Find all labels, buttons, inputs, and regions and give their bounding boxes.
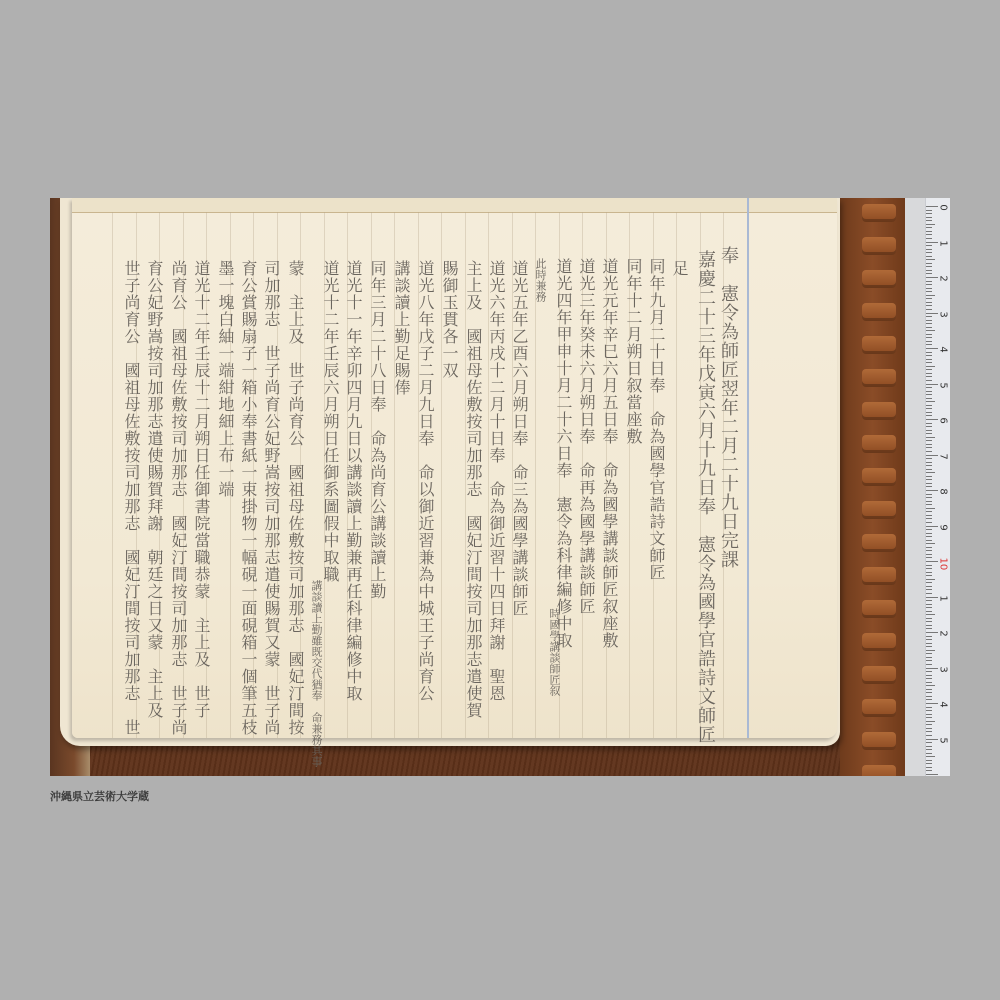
- leather-lace: [862, 534, 896, 552]
- ruler-number: 8: [938, 487, 949, 497]
- ruler-tick: [926, 486, 932, 487]
- ruler-number: 2: [938, 629, 949, 639]
- ruler-tick: [926, 266, 932, 267]
- ruler-tick: [926, 387, 932, 388]
- ruler-number: 1: [938, 594, 949, 604]
- ruler-number: 4: [938, 700, 949, 710]
- ruler-tick: [926, 352, 932, 353]
- ruler-number: 1: [938, 239, 949, 249]
- ruler-tick: [926, 398, 932, 399]
- ruler-tick: [926, 639, 932, 640]
- ruler-tick: [926, 646, 932, 647]
- ruler-tick: [926, 600, 932, 601]
- ruler-tick: [926, 526, 938, 527]
- column-rule-line: [676, 212, 677, 738]
- ruler-tick: [926, 455, 938, 456]
- ruler-tick: [926, 565, 932, 566]
- ruler-tick: [926, 447, 932, 448]
- ruler-tick: [926, 291, 932, 292]
- text-column: 蒙 主上及 世子尚育公 國祖母佐敷按司加那志 國妃汀間按: [284, 260, 307, 736]
- ruler-tick: [926, 366, 935, 367]
- text-column: 世子尚育公 國祖母佐敷按司加那志 國妃汀間按司加那志 世: [120, 260, 143, 736]
- ruler-tick: [926, 462, 932, 463]
- text-column: 育公妃野嵩按司加那志遣使賜賀拜謝 朝廷之日又蒙 主上及: [143, 260, 166, 719]
- ruler-tick: [926, 668, 938, 669]
- ruler-tick: [926, 774, 938, 775]
- ruler-tick: [926, 458, 932, 459]
- ruler-tick: [926, 245, 932, 246]
- ruler-tick: [926, 714, 932, 715]
- text-column: 道光元年辛巳六月五日奉 命為國學講談師匠叙座敷: [598, 258, 621, 649]
- leather-lace: [862, 435, 896, 453]
- ruler-tick: [926, 323, 932, 324]
- ruler-number: 7: [938, 452, 949, 462]
- ruler-tick: [926, 497, 932, 498]
- ruler-number: 3: [938, 665, 949, 675]
- ruler-tick: [926, 568, 932, 569]
- ruler-tick: [926, 465, 932, 466]
- ruler-tick: [926, 295, 935, 296]
- ruler-tick: [926, 710, 932, 711]
- ruler-tick: [926, 376, 932, 377]
- ruler-tick: [926, 614, 935, 615]
- text-column: 道光四年甲申十月二十六日奉 憲令為科律編修中取: [552, 258, 575, 649]
- ruler-tick: [926, 707, 932, 708]
- ruler-tick: [926, 518, 932, 519]
- ruler-tick: [926, 597, 938, 598]
- text-column: 同年九月二十日奉 命為國學官誥詩文師匠: [645, 258, 668, 581]
- ruler-tick: [926, 213, 932, 214]
- ruler-tick: [926, 451, 932, 452]
- ruler-tick: [926, 731, 932, 732]
- ruler-tick: [926, 692, 932, 693]
- ruler-tick: [926, 281, 932, 282]
- ruler-tick: [926, 621, 932, 622]
- text-column: 墨一塊白紬一端紺地細上布一端: [214, 260, 237, 498]
- text-column: 司加那志 世子尚育公妃野嵩按司加那志遣使賜賀又蒙 世子尚: [260, 260, 283, 736]
- ruler-tick: [926, 749, 932, 750]
- ruler-tick: [926, 589, 932, 590]
- ruler-tick: [926, 728, 932, 729]
- ruler-tick: [926, 263, 932, 264]
- ruler-tick: [926, 369, 932, 370]
- ruler-tick: [926, 582, 932, 583]
- ruler-tick: [926, 586, 932, 587]
- ruler-tick: [926, 472, 935, 473]
- ruler-tick: [926, 238, 932, 239]
- page-top-fold: [72, 198, 837, 213]
- ruler-tick: [926, 313, 938, 314]
- leather-lace: [862, 468, 896, 486]
- ruler-tick: [926, 384, 938, 385]
- leather-lace: [862, 600, 896, 618]
- ruler-tick: [926, 309, 932, 310]
- ruler-tick: [926, 717, 932, 718]
- ruler-tick: [926, 401, 935, 402]
- ruler-tick: [926, 444, 932, 445]
- leather-lace: [862, 303, 896, 321]
- ruler-tick: [926, 618, 932, 619]
- ruler-tick: [926, 579, 935, 580]
- ruler-tick: [926, 217, 932, 218]
- text-column: 賜御玉貫各一双: [438, 260, 461, 379]
- ruler-tick: [926, 767, 932, 768]
- ruler-tick: [926, 501, 932, 502]
- ruler-tick: [926, 522, 932, 523]
- ruler-tick: [926, 628, 932, 629]
- ruler-backdrop: [905, 198, 925, 776]
- ruler-tick: [926, 302, 932, 303]
- ruler-tick: [926, 650, 935, 651]
- ruler-tick: [926, 433, 932, 434]
- ruler-tick: [926, 419, 938, 420]
- ruler-number: 4: [938, 345, 949, 355]
- ruler-tick: [926, 330, 935, 331]
- text-column: 尚育公 國祖母佐敷按司加那志 國妃汀間按司加那志 世子尚: [167, 260, 190, 736]
- ruler-tick: [926, 721, 935, 722]
- ruler-tick: [926, 653, 932, 654]
- ruler-tick: [926, 206, 938, 207]
- ruler-tick: [926, 685, 935, 686]
- ruler-tick: [926, 252, 932, 253]
- ruler-tick: [926, 334, 932, 335]
- leather-lace: [862, 567, 896, 585]
- ruler-tick: [926, 746, 932, 747]
- ruler-tick: [926, 316, 932, 317]
- ruler-tick: [926, 479, 932, 480]
- ruler-tick: [926, 405, 932, 406]
- text-column-annotation: 講談讀上勤雖既交代猶奉 命兼務其事: [308, 580, 324, 767]
- leather-lace: [862, 633, 896, 651]
- ruler-number: 5: [938, 381, 949, 391]
- ruler-tick: [926, 533, 932, 534]
- ruler-tick: [926, 689, 932, 690]
- ruler-tick: [926, 554, 932, 555]
- ruler-tick: [926, 511, 932, 512]
- ruler-tick: [926, 529, 932, 530]
- ruler-tick: [926, 344, 932, 345]
- ruler-tick: [926, 678, 932, 679]
- ruler-tick: [926, 476, 932, 477]
- ruler-tick: [926, 561, 938, 562]
- ruler-tick: [926, 227, 932, 228]
- ruler-tick: [926, 426, 932, 427]
- ruler-number: 2: [938, 274, 949, 284]
- ruler-number: 9: [938, 523, 949, 533]
- ruler-tick: [926, 341, 932, 342]
- ruler-tick: [926, 380, 932, 381]
- ruler-tick: [926, 337, 932, 338]
- ruler-tick: [926, 320, 932, 321]
- leather-lace: [862, 270, 896, 288]
- text-column: 同年十二月朔日叙當座敷: [622, 258, 645, 445]
- ruler-tick: [926, 671, 932, 672]
- ruler-tick: [926, 607, 932, 608]
- ruler-tick: [926, 760, 932, 761]
- ruler-tick: [926, 739, 938, 740]
- ruler-tick: [926, 394, 932, 395]
- ruler-tick: [926, 664, 932, 665]
- ruler-tick: [926, 412, 932, 413]
- leather-lace: [862, 732, 896, 750]
- ruler-tick: [926, 696, 932, 697]
- margin-rule: [747, 198, 749, 738]
- manuscript-photo: 01234567891012345 奉 憲令為師匠翌年二月二十九日完課 嘉慶二十…: [50, 198, 950, 776]
- ruler-tick: [926, 515, 932, 516]
- ruler-tick: [926, 735, 932, 736]
- ruler-tick: [926, 604, 932, 605]
- ruler-tick: [926, 362, 932, 363]
- ruler-tick: [926, 636, 932, 637]
- ruler-tick: [926, 625, 932, 626]
- ruler-tick: [926, 259, 935, 260]
- ruler-tick: [926, 632, 938, 633]
- ruler-tick: [926, 756, 935, 757]
- ruler-tick: [926, 643, 932, 644]
- ruler-tick: [926, 540, 932, 541]
- leather-lace: [862, 699, 896, 717]
- text-column: 道光六年丙戌十二月十日奉 命為御近習十四日拜謝 聖恩: [485, 260, 508, 702]
- text-column: 足: [668, 260, 691, 277]
- text-column: 道光十二年壬辰六月朔日任御系圖假中取職: [319, 260, 342, 583]
- ruler-tick: [926, 249, 932, 250]
- ruler-tick: [926, 742, 932, 743]
- measuring-ruler: 01234567891012345: [925, 198, 950, 776]
- ruler-tick: [926, 557, 932, 558]
- ruler-tick: [926, 231, 932, 232]
- text-column-annotation: 此時兼務: [532, 258, 548, 302]
- ruler-tick: [926, 423, 932, 424]
- ruler-number: 0: [938, 203, 949, 213]
- text-column: 道光八年戊子二月九日奉 命以御近習兼為中城王子尚育公: [414, 260, 437, 702]
- ruler-number: 3: [938, 310, 949, 320]
- ruler-tick: [926, 273, 932, 274]
- collection-credit-caption: 沖縄県立芸術大学蔵: [50, 788, 149, 804]
- ruler-tick: [926, 355, 932, 356]
- ruler-tick: [926, 724, 932, 725]
- ruler-number: 5: [938, 736, 949, 746]
- ruler-tick: [926, 284, 932, 285]
- ruler-tick: [926, 415, 932, 416]
- manuscript-page: 奉 憲令為師匠翌年二月二十九日完課 嘉慶二十三年戊寅六月十九日奉 憲令為國學官誥…: [72, 198, 837, 738]
- leather-lace: [862, 402, 896, 420]
- ruler-number: 6: [938, 416, 949, 426]
- text-column: 道光三年癸未六月朔日奉 命再為國學講談師匠: [575, 258, 598, 615]
- text-column: 講談讀上勤足賜俸: [390, 260, 413, 396]
- ruler-tick: [926, 675, 932, 676]
- ruler-tick: [926, 536, 932, 537]
- ruler-tick: [926, 504, 932, 505]
- leather-lace: [862, 204, 896, 222]
- ruler-tick: [926, 699, 932, 700]
- ruler-tick: [926, 288, 932, 289]
- text-column: 道光五年乙酉六月朔日奉 命三為國學講談師匠: [508, 260, 531, 617]
- leather-lace: [862, 765, 896, 776]
- ruler-tick: [926, 373, 932, 374]
- ruler-tick: [926, 469, 932, 470]
- ruler-tick: [926, 543, 935, 544]
- text-column: 主上及 國祖母佐敷按司加那志 國妃汀間按司加那志遣使賀: [462, 260, 485, 719]
- text-column: 嘉慶二十三年戊寅六月十九日奉 憲令為國學官誥詩文師匠: [692, 250, 718, 744]
- ruler-tick: [926, 490, 938, 491]
- ruler-tick: [926, 437, 935, 438]
- ruler-tick: [926, 575, 932, 576]
- ruler-tick: [926, 763, 932, 764]
- ruler-tick: [926, 277, 938, 278]
- ruler-tick: [926, 753, 932, 754]
- ruler-tick: [926, 657, 932, 658]
- ruler-tick: [926, 703, 938, 704]
- ruler-tick: [926, 660, 932, 661]
- text-column: 奉 憲令為師匠翌年二月二十九日完課: [715, 246, 741, 569]
- ruler-tick: [926, 483, 932, 484]
- ruler-tick: [926, 256, 932, 257]
- ruler-tick: [926, 494, 932, 495]
- ruler-tick: [926, 298, 932, 299]
- ruler-tick: [926, 391, 932, 392]
- ruler-tick: [926, 348, 938, 349]
- ruler-tick: [926, 508, 935, 509]
- ruler-tick: [926, 327, 932, 328]
- ruler-tick: [926, 440, 932, 441]
- ruler-tick: [926, 593, 932, 594]
- text-column: 道光十二年壬辰十二月朔日任御書院當職恭蒙 主上及 世子: [190, 260, 213, 719]
- leather-lace: [862, 237, 896, 255]
- column-rule-line: [112, 212, 113, 738]
- ruler-tick: [926, 359, 932, 360]
- ruler-tick: [926, 234, 932, 235]
- text-column: 育公賞賜扇子一箱小奉書紙一束掛物一幅硯一面硯箱一個筆五枝: [237, 260, 260, 736]
- ruler-tick: [926, 408, 932, 409]
- leather-lace: [862, 666, 896, 684]
- text-column-annotation: 時國學講談師匠叙: [546, 608, 562, 696]
- ruler-tick: [926, 242, 938, 243]
- leather-lace: [862, 369, 896, 387]
- ruler-tick: [926, 770, 932, 771]
- leather-lace: [862, 501, 896, 519]
- ruler-tick: [926, 572, 932, 573]
- ruler-tick: [926, 611, 932, 612]
- text-column: 同年三月二十八日奉 命為尚育公講談讀上勤: [366, 260, 389, 600]
- ruler-tick: [926, 550, 932, 551]
- text-column: 道光十一年辛卯四月九日以講談讀上勤兼再任科律編修中取: [342, 260, 365, 702]
- ruler-tick: [926, 270, 932, 271]
- ruler-tick: [926, 224, 935, 225]
- leather-lace: [862, 336, 896, 354]
- ruler-tick: [926, 305, 932, 306]
- ruler-tick: [926, 547, 932, 548]
- ruler-tick: [926, 682, 932, 683]
- ruler-number: 10: [938, 558, 949, 568]
- ruler-tick: [926, 210, 932, 211]
- ruler-tick: [926, 430, 932, 431]
- ruler-tick: [926, 220, 932, 221]
